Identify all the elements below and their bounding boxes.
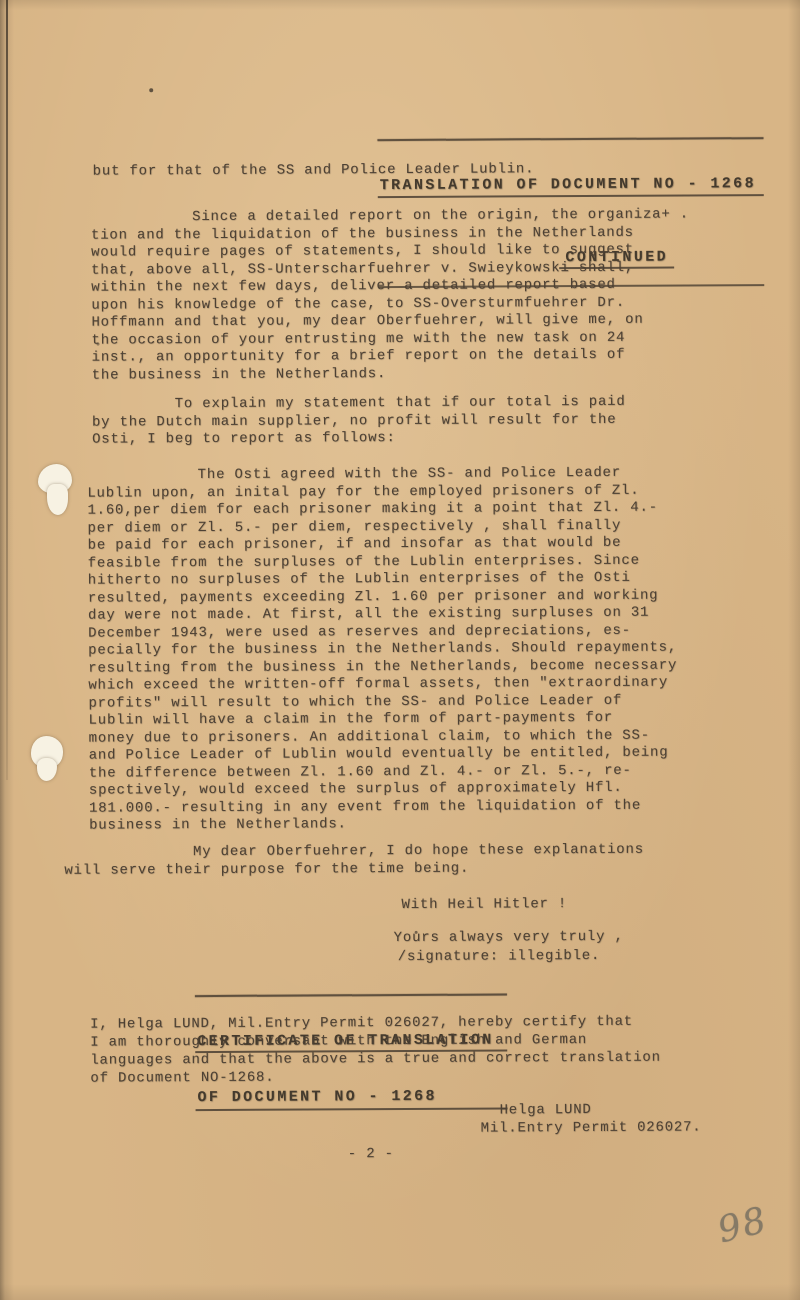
body-paragraph-1: but for that of the SS and Police Leader… [93,161,535,181]
body-paragraph-4: The Osti agreed with the SS- and Police … [87,465,678,836]
body-paragraph-2: Since a detailed report on the origin, t… [91,206,690,384]
body-paragraph-5: My dear Oberfuehrer, I do hope these exp… [64,842,644,880]
closing-valediction: Yours always very truly , [394,929,624,948]
body-paragraph-3: To explain my statement that if our tota… [92,394,626,449]
page-number: - 2 - [348,1146,394,1164]
certificate-body: I, Helga LUND, Mil.Entry Permit 026027, … [90,1013,661,1088]
signatory-permit: Mil.Entry Permit 026027. [481,1119,702,1138]
closing-salute: With Heil Hitler ! [401,896,567,914]
scanned-page: TRANSLATION OF DOCUMENT NO - 1268 CONTIN… [0,0,800,1300]
ink-speck [149,88,153,92]
header-top-rule [377,137,763,141]
document-content: TRANSLATION OF DOCUMENT NO - 1268 CONTIN… [0,0,800,1300]
certificate-title-line-2: OF DOCUMENT NO - 1268 [195,1085,507,1111]
signatory-name: Helga LUND [500,1102,592,1120]
certificate-top-rule [195,993,507,997]
